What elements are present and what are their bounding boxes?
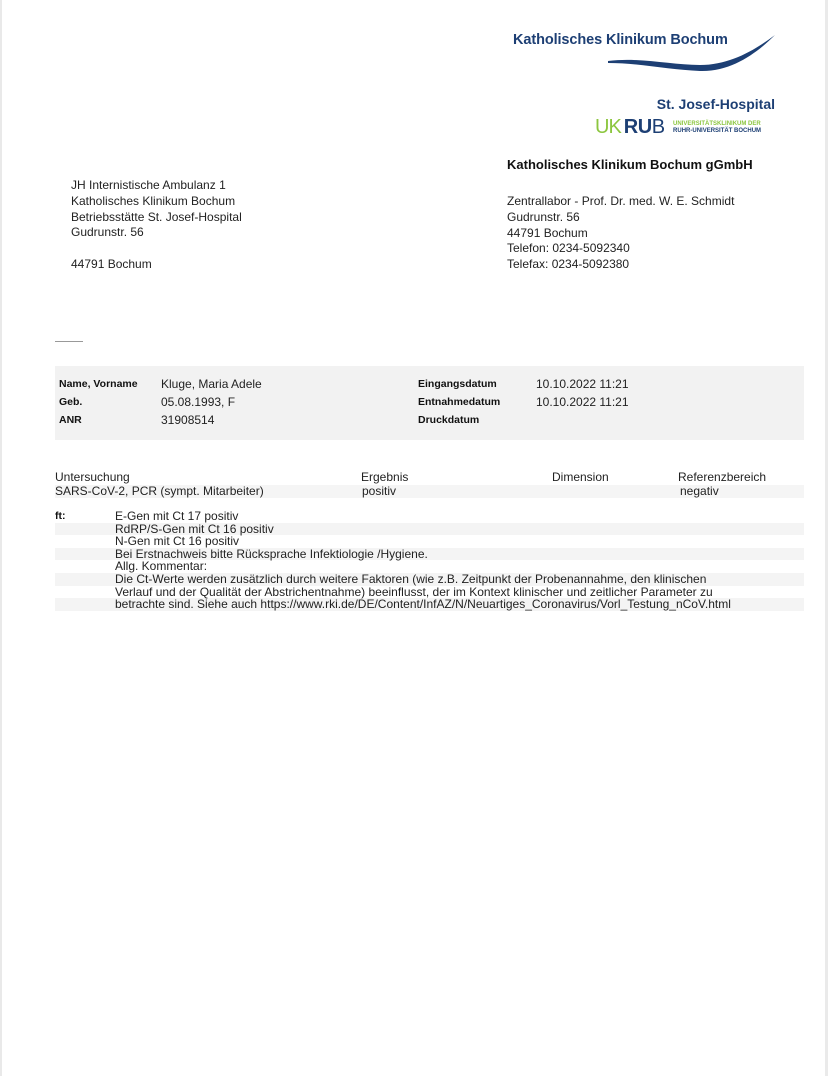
recipient-address: JH Internistische Ambulanz 1 Katholische…: [71, 178, 242, 273]
ukrub-text: UNIVERSITÄTSKLINIKUM DER RUHR-UNIVERSITÄ…: [673, 121, 761, 135]
ukrub-logo: UK RU B UNIVERSITÄTSKLINIKUM DER RUHR-UN…: [595, 116, 761, 139]
logo-swoosh-icon: [600, 30, 780, 80]
collected-label: Entnahmedatum: [418, 396, 500, 408]
company-title: Katholisches Klinikum Bochum gGmbH: [507, 157, 753, 172]
ukrub-line1: UNIVERSITÄTSKLINIKUM DER: [673, 121, 761, 128]
sender-line: Gudrunstr. 56: [507, 210, 734, 226]
result-value: positiv: [362, 484, 396, 498]
received-label: Eingangsdatum: [418, 378, 497, 390]
recipient-line: Gudrunstr. 56: [71, 225, 242, 241]
footnote-line: N-Gen mit Ct 16 positiv: [115, 535, 239, 548]
header-result: Ergebnis: [361, 470, 408, 484]
anr-label: ANR: [59, 414, 82, 426]
collected-value: 10.10.2022 11:21: [536, 395, 629, 409]
birth-label: Geb.: [59, 396, 82, 408]
ukrub-line2: RUHR-UNIVERSITÄT BOCHUM: [673, 128, 761, 135]
header-dimension: Dimension: [552, 470, 609, 484]
recipient-line: Katholisches Klinikum Bochum: [71, 194, 242, 210]
ukrub-uk: UK: [595, 116, 621, 139]
sender-address: Zentrallabor - Prof. Dr. med. W. E. Schm…: [507, 194, 734, 273]
footnote-label: ft:: [55, 510, 66, 522]
page-edge-left: [0, 0, 2, 1076]
recipient-line: 44791 Bochum: [71, 257, 242, 273]
logo-hospital: St. Josef-Hospital: [657, 96, 775, 112]
ukrub-b: B: [652, 116, 665, 139]
sender-line: 44791 Bochum: [507, 226, 734, 242]
birth-value: 05.08.1993, F: [161, 395, 235, 409]
recipient-line: Betriebsstätte St. Josef-Hospital: [71, 210, 242, 226]
recipient-line: JH Internistische Ambulanz 1: [71, 178, 242, 194]
sender-line: Telefax: 0234-5092380: [507, 257, 734, 273]
header-reference: Referenzbereich: [678, 470, 766, 484]
footnote-line: betrachte sind. Siehe auch https://www.r…: [115, 598, 731, 611]
result-reference: negativ: [680, 484, 719, 498]
received-value: 10.10.2022 11:21: [536, 377, 629, 391]
sender-line: Zentrallabor - Prof. Dr. med. W. E. Schm…: [507, 194, 734, 210]
sender-line: Telefon: 0234-5092340: [507, 241, 734, 257]
header-test: Untersuchung: [55, 470, 130, 484]
anr-value: 31908514: [161, 413, 214, 427]
footnote-line: E-Gen mit Ct 17 positiv: [115, 510, 238, 523]
name-value: Kluge, Maria Adele: [161, 377, 262, 391]
ukrub-ru: RU: [624, 116, 652, 139]
footnote-line: Die Ct-Werte werden zusätzlich durch wei…: [115, 573, 706, 586]
result-test: SARS-CoV-2, PCR (sympt. Mitarbeiter): [55, 484, 264, 498]
print-date-label: Druckdatum: [418, 414, 479, 426]
recipient-line-blank: [71, 241, 242, 257]
name-label: Name, Vorname: [59, 378, 138, 390]
fold-mark: [55, 341, 83, 342]
